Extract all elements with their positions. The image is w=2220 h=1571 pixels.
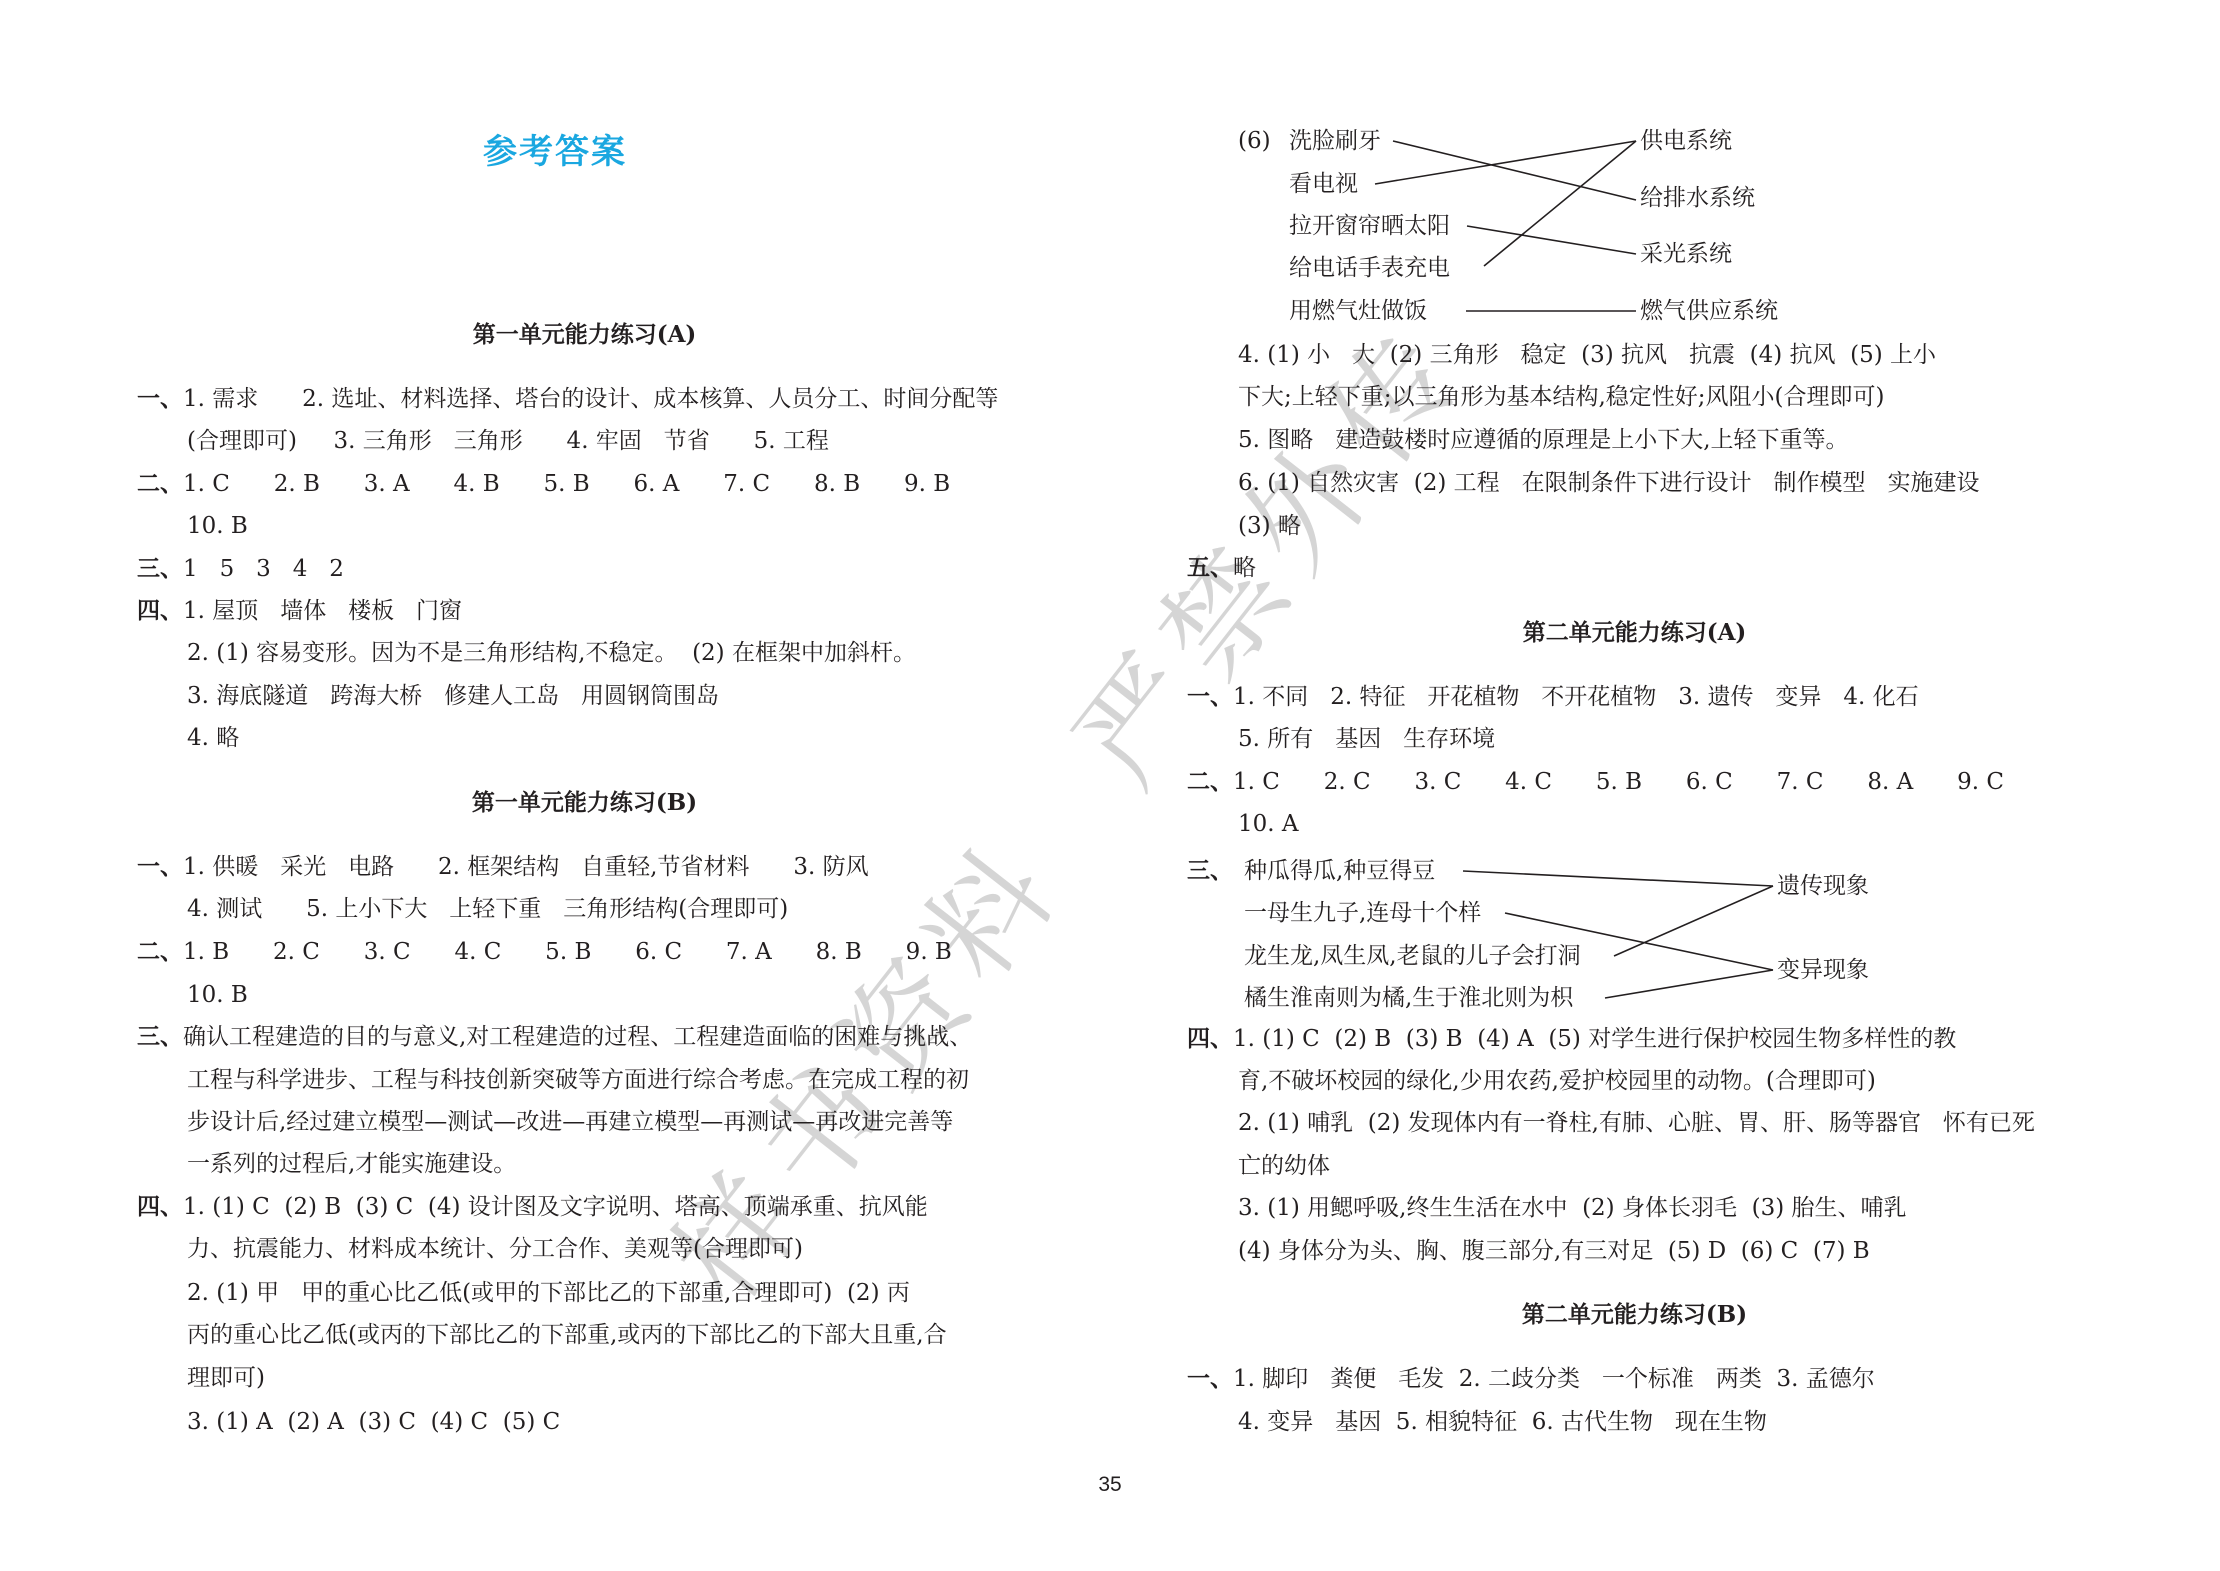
answer-text: 1. 脚印 粪便 毛发 2. 二歧分类 一个标准 两类 3. 孟德尔 <box>1233 1366 1875 1392</box>
match-left-item: 洗脸刷牙 <box>1289 126 1381 156</box>
answer-line: 四、1. 屋顶 墙体 楼板 门窗 <box>137 596 462 626</box>
answer-line: 3. (1) A (2) A (3) C (4) C (5) C <box>187 1407 560 1437</box>
answer-line: 10. B <box>187 511 248 541</box>
answer-text: (3) 略 <box>1238 513 1301 539</box>
match-left-item: 拉开窗帘晒太阳 <box>1289 211 1450 241</box>
answer-line: 力、抗震能力、材料成本统计、分工合作、美观等(合理即可) <box>187 1234 803 1264</box>
answer-text: 10. B <box>187 982 248 1008</box>
answer-line: 一、1. 供暖 采光 电路 2. 框架结构 自重轻,节省材料 3. 防风 <box>137 852 869 882</box>
answer-line: 育,不破坏校园的绿化,少用农药,爱护校园里的动物。(合理即可) <box>1238 1066 1876 1096</box>
answer-text: 5. 所有 基因 生存环境 <box>1238 726 1495 752</box>
match-left-item: 种瓜得瓜,种豆得豆 <box>1244 856 1435 886</box>
match-left-item: 用燃气灶做饭 <box>1289 296 1427 326</box>
answer-line: 五、略 <box>1187 553 1256 583</box>
answer-line: 一、1. 脚印 粪便 毛发 2. 二歧分类 一个标准 两类 3. 孟德尔 <box>1187 1364 1875 1394</box>
answer-line: 一系列的过程后,才能实施建设。 <box>187 1149 516 1179</box>
matching-label: (6) <box>1238 126 1271 156</box>
answer-text: 1. 需求 2. 选址、材料选择、塔台的设计、成本核算、人员分工、时间分配等 <box>183 386 998 412</box>
page-title: 参考答案 <box>0 124 1110 173</box>
match-left-item: 一母生九子,连母十个样 <box>1244 898 1481 928</box>
answer-text: 1. (1) C (2) B (3) C (4) 设计图及文字说明、塔高、顶端承… <box>183 1194 928 1220</box>
section-mark: 一、 <box>1187 683 1233 710</box>
answer-line: (4) 身体分为头、胸、腹三部分,有三对足 (5) D (6) C (7) B <box>1238 1236 1870 1266</box>
answer-line: (3) 略 <box>1238 511 1301 541</box>
answer-line: 3. 海底隧道 跨海大桥 修建人工岛 用圆钢筒围岛 <box>187 681 719 711</box>
answer-text: 工程与科学进步、工程与科技创新突破等方面进行综合考虑。在完成工程的初 <box>187 1067 969 1093</box>
answer-text: 1. C 2. C 3. C 4. C 5. B 6. C 7. C 8. A … <box>1233 769 2004 795</box>
section-heading-unit2a: 第二单元能力练习(A) <box>1187 618 2082 648</box>
section-mark: 一、 <box>1187 1365 1233 1392</box>
answer-text: 1. C 2. B 3. A 4. B 5. B 6. A 7. C 8. B … <box>183 471 950 497</box>
answer-line: 4. 变异 基因 5. 相貌特征 6. 古代生物 现在生物 <box>1238 1407 1767 1437</box>
answer-line: 丙的重心比乙低(或丙的下部比乙的下部重,或丙的下部比乙的下部大且重,合 <box>187 1320 947 1350</box>
answer-line: 三、1 5 3 4 2 <box>137 554 344 584</box>
match-left-item: 龙生龙,凤生凤,老鼠的儿子会打洞 <box>1244 941 1581 971</box>
answer-text: 4. 略 <box>187 725 239 751</box>
answer-text: 一系列的过程后,才能实施建设。 <box>187 1151 516 1177</box>
answer-text: 力、抗震能力、材料成本统计、分工合作、美观等(合理即可) <box>187 1236 803 1262</box>
answer-text: 10. A <box>1238 811 1299 837</box>
section-mark: 一、 <box>137 385 183 412</box>
section-heading-unit1a: 第一单元能力练习(A) <box>137 320 1032 350</box>
page-number: 35 <box>0 1473 2220 1497</box>
section-mark: 三、 <box>137 555 183 582</box>
answer-text: (合理即可) 3. 三角形 三角形 4. 牢固 节省 5. 工程 <box>187 428 829 454</box>
answer-line: 4. 略 <box>187 723 239 753</box>
section-mark: 一、 <box>137 853 183 880</box>
answer-line: (合理即可) 3. 三角形 三角形 4. 牢固 节省 5. 工程 <box>187 426 829 456</box>
match-left-item: 给电话手表充电 <box>1289 253 1450 283</box>
section-mark: 五、 <box>1187 554 1233 581</box>
answer-text: 略 <box>1233 555 1256 581</box>
answer-line: 4. 测试 5. 上小下大 上轻下重 三角形结构(合理即可) <box>187 894 788 924</box>
match-right-item: 给排水系统 <box>1640 183 1755 213</box>
answer-text: 理即可) <box>187 1365 265 1391</box>
answer-line: 二、1. C 2. B 3. A 4. B 5. B 6. A 7. C 8. … <box>137 469 950 499</box>
answer-text: 育,不破坏校园的绿化,少用农药,爱护校园里的动物。(合理即可) <box>1238 1068 1876 1094</box>
section-mark: 四、 <box>137 597 183 624</box>
section-mark: 二、 <box>137 470 183 497</box>
section-heading-unit2b: 第二单元能力练习(B) <box>1187 1300 2082 1330</box>
section-mark: 四、 <box>137 1193 183 1220</box>
answer-text: 10. B <box>187 513 248 539</box>
answer-line: 一、1. 需求 2. 选址、材料选择、塔台的设计、成本核算、人员分工、时间分配等 <box>137 384 998 414</box>
match-right-item: 变异现象 <box>1777 955 1869 985</box>
answer-line: 4. (1) 小 大 (2) 三角形 稳定 (3) 抗风 抗震 (4) 抗风 (… <box>1238 340 1936 370</box>
answer-line: 5. 所有 基因 生存环境 <box>1238 724 1495 754</box>
section-mark: 二、 <box>1187 768 1233 795</box>
answer-text: 5. 图略 建造鼓楼时应遵循的原理是上小下大,上轻下重等。 <box>1238 427 1849 453</box>
answer-text: 1. 供暖 采光 电路 2. 框架结构 自重轻,节省材料 3. 防风 <box>183 854 869 880</box>
answer-text: 1 5 3 4 2 <box>183 556 344 582</box>
answer-line: 6. (1) 自然灾害 (2) 工程 在限制条件下进行设计 制作模型 实施建设 <box>1238 468 1979 498</box>
answer-line: 步设计后,经过建立模型—测试—改进—再建立模型—再测试—再改进完善等 <box>187 1107 953 1137</box>
answer-line: 一、1. 不同 2. 特征 开花植物 不开花植物 3. 遗传 变异 4. 化石 <box>1187 682 1919 712</box>
answer-text: 4. 变异 基因 5. 相貌特征 6. 古代生物 现在生物 <box>1238 1409 1767 1435</box>
answer-text: 1. 屋顶 墙体 楼板 门窗 <box>183 598 462 624</box>
answer-text: 确认工程建造的目的与意义,对工程建造的过程、工程建造面临的困难与挑战、 <box>183 1024 972 1050</box>
answer-line: 2. (1) 哺乳 (2) 发现体内有一脊柱,有肺、心脏、胃、肝、肠等器官 怀有… <box>1238 1108 2035 1138</box>
answer-line: 3. (1) 用鳃呼吸,终生生活在水中 (2) 身体长羽毛 (3) 胎生、哺乳 <box>1238 1193 1906 1223</box>
answer-text: 1. B 2. C 3. C 4. C 5. B 6. C 7. A 8. B … <box>183 939 952 965</box>
answer-line: 四、1. (1) C (2) B (3) B (4) A (5) 对学生进行保护… <box>1187 1024 1956 1054</box>
section-mark: 三、 <box>1187 856 1233 886</box>
answer-text: 4. (1) 小 大 (2) 三角形 稳定 (3) 抗风 抗震 (4) 抗风 (… <box>1238 342 1936 368</box>
answer-text: 步设计后,经过建立模型—测试—改进—再建立模型—再测试—再改进完善等 <box>187 1109 953 1135</box>
answer-text: 2. (1) 甲 甲的重心比乙低(或甲的下部比乙的下部重,合理即可) (2) 丙 <box>187 1280 910 1306</box>
answer-text: 1. (1) C (2) B (3) B (4) A (5) 对学生进行保护校园… <box>1233 1026 1956 1052</box>
answer-line: 二、1. B 2. C 3. C 4. C 5. B 6. C 7. A 8. … <box>137 937 952 967</box>
answer-text: 4. 测试 5. 上小下大 上轻下重 三角形结构(合理即可) <box>187 896 788 922</box>
answer-text: 6. (1) 自然灾害 (2) 工程 在限制条件下进行设计 制作模型 实施建设 <box>1238 470 1979 496</box>
answer-line: 理即可) <box>187 1363 265 1393</box>
answer-line: 下大;上轻下重;以三角形为基本结构,稳定性好;风阻小(合理即可) <box>1238 382 1885 412</box>
answer-text: 1. 不同 2. 特征 开花植物 不开花植物 3. 遗传 变异 4. 化石 <box>1233 684 1919 710</box>
answer-line: 亡的幼体 <box>1238 1151 1330 1181</box>
answer-line: 三、确认工程建造的目的与意义,对工程建造的过程、工程建造面临的困难与挑战、 <box>137 1022 972 1052</box>
answer-line: 工程与科学进步、工程与科技创新突破等方面进行综合考虑。在完成工程的初 <box>187 1065 969 1095</box>
answer-text: 3. (1) 用鳃呼吸,终生生活在水中 (2) 身体长羽毛 (3) 胎生、哺乳 <box>1238 1195 1906 1221</box>
answer-text: 亡的幼体 <box>1238 1153 1330 1179</box>
answer-line: 四、1. (1) C (2) B (3) C (4) 设计图及文字说明、塔高、顶… <box>137 1192 928 1222</box>
section-mark: 三、 <box>137 1023 183 1050</box>
match-right-item: 供电系统 <box>1640 126 1732 156</box>
answer-line: 10. B <box>187 980 248 1010</box>
answer-text: 丙的重心比乙低(或丙的下部比乙的下部重,或丙的下部比乙的下部大且重,合 <box>187 1322 947 1348</box>
answer-line: 2. (1) 甲 甲的重心比乙低(或甲的下部比乙的下部重,合理即可) (2) 丙 <box>187 1278 910 1308</box>
answer-line: 2. (1) 容易变形。因为不是三角形结构,不稳定。 (2) 在框架中加斜杆。 <box>187 638 916 668</box>
answer-text: 3. (1) A (2) A (3) C (4) C (5) C <box>187 1409 560 1435</box>
answer-text: 2. (1) 容易变形。因为不是三角形结构,不稳定。 (2) 在框架中加斜杆。 <box>187 640 916 666</box>
match-right-item: 遗传现象 <box>1777 871 1869 901</box>
match-right-item: 采光系统 <box>1640 239 1732 269</box>
answer-line: 10. A <box>1238 809 1299 839</box>
answer-text: 下大;上轻下重;以三角形为基本结构,稳定性好;风阻小(合理即可) <box>1238 384 1885 410</box>
section-mark: 四、 <box>1187 1025 1233 1052</box>
section-heading-unit1b: 第一单元能力练习(B) <box>137 788 1032 818</box>
match-left-item: 橘生淮南则为橘,生于淮北则为枳 <box>1244 983 1573 1013</box>
answer-text: (4) 身体分为头、胸、腹三部分,有三对足 (5) D (6) C (7) B <box>1238 1238 1870 1264</box>
section-mark: 二、 <box>137 938 183 965</box>
answer-line: 5. 图略 建造鼓楼时应遵循的原理是上小下大,上轻下重等。 <box>1238 425 1849 455</box>
answer-text: 3. 海底隧道 跨海大桥 修建人工岛 用圆钢筒围岛 <box>187 683 719 709</box>
match-left-item: 看电视 <box>1289 169 1358 199</box>
match-right-item: 燃气供应系统 <box>1640 296 1778 326</box>
answer-text: 2. (1) 哺乳 (2) 发现体内有一脊柱,有肺、心脏、胃、肝、肠等器官 怀有… <box>1238 1110 2035 1136</box>
answer-line: 二、1. C 2. C 3. C 4. C 5. B 6. C 7. C 8. … <box>1187 767 2004 797</box>
